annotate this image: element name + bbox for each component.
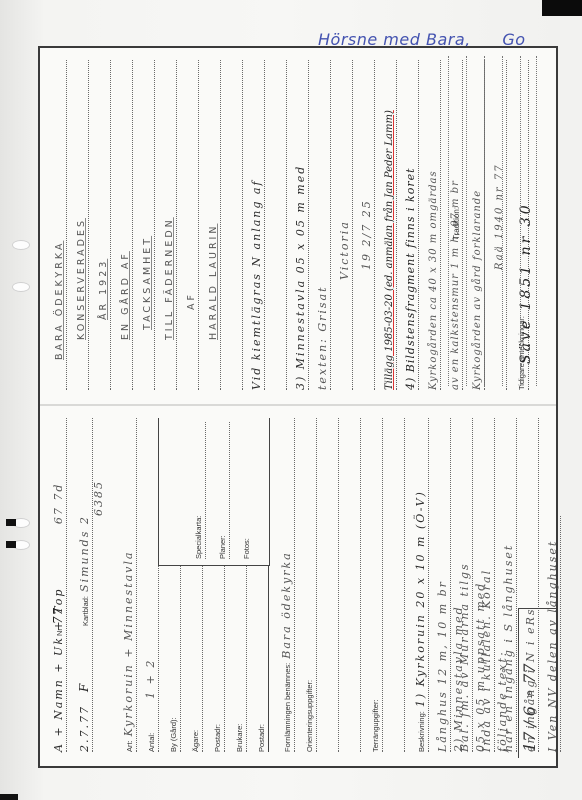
nr-label: Nr — [55, 628, 66, 636]
signature-box-line — [518, 608, 519, 758]
text-row: Raä 1940 nr 77 — [484, 60, 507, 390]
specialkarta-row: Specialkarta: — [183, 422, 206, 559]
tradition-label: Tradition: — [452, 207, 461, 240]
beskrivning-line: Långhus 12 m, 10 m br — [436, 580, 450, 752]
beskrivning-row: Långhus 12 m, 10 m br — [428, 418, 451, 752]
antal-value: 1 + 2 — [144, 659, 158, 699]
specialkarta-box: Specialkarta: Planer: Fotos: — [158, 418, 270, 566]
beskrivning-label: Beskrivning: — [417, 711, 428, 752]
postadr2-label: Postadr: — [257, 724, 268, 752]
postadr2-row: Postadr: — [246, 566, 269, 752]
signature-box-line — [518, 608, 556, 609]
inscription-line: AF — [186, 292, 198, 310]
orientering-row: Orienteringsuppgifter: — [294, 418, 317, 752]
form-right-half: BARA ÖDEKYRKA KONSERVERADES ÅR 1923 EN G… — [40, 48, 556, 404]
text-row: 19 2/7 25 — [352, 60, 375, 390]
art-label: Art: — [125, 740, 136, 752]
planer-row: Planer: — [207, 422, 230, 559]
text-row: 4) Bildstensfragment finns i koret — [396, 60, 419, 390]
text-row — [264, 60, 287, 390]
beskrivning-line: 1) Kyrkoruin 20 x 10 m (Ö-V) — [414, 490, 428, 707]
inscription-line: TILL FÄDERNEDN — [164, 217, 176, 340]
text-row: Vid kiemtlägras N anlang af — [242, 60, 265, 390]
description-line: 19 2/7 25 — [360, 199, 374, 270]
text-row: Tillägg 1985-03-20 (ed. anmälan från Jan… — [374, 60, 397, 390]
punch-hole — [12, 240, 30, 250]
beskrivning-line: 2) Minnestavla med — [452, 605, 466, 752]
fornlamningen-row: Fornlämningen benämnes: Bara ödekyrka — [272, 418, 295, 752]
kartblad-value: Simunds 2 — [78, 515, 92, 592]
text-row: TACKSAMHET — [132, 60, 155, 390]
inscription-line: BARA ÖDEKYRKA — [54, 241, 66, 360]
fotos-row: Fotos: — [231, 422, 253, 559]
top-right-value: 67 7d — [52, 483, 66, 525]
text-row: HARALD LAURIN — [198, 60, 221, 390]
agare-row: Ägare: — [180, 566, 203, 752]
brukare-row: Brukare: — [224, 566, 247, 752]
date-century: 19 — [527, 691, 534, 699]
text-row: Kyrkogården ca 40 x 30 m omgärdas — [418, 60, 441, 390]
second-row: 2.7.77 F Kartblad: Simunds 2 — [70, 418, 93, 752]
fotos-label: Fotos: — [242, 538, 253, 559]
postadr-row: Postadr: — [202, 566, 225, 752]
orientering-label: Orienteringsuppgifter: — [305, 680, 316, 752]
beskrivning-row: Beskrivning: 1) Kyrkoruin 20 x 10 m (Ö-V… — [406, 418, 429, 752]
fornlamningen-label: Fornlämningen benämnes: — [283, 663, 294, 752]
art-row: Art: Kyrkoruin + Minnestavla — [114, 418, 137, 752]
signature-date: 17 / 6 19 77 — [520, 664, 539, 752]
inscription-line: TACKSAMHET — [142, 236, 154, 330]
inscription-line: EN GÅRD AF — [120, 251, 132, 340]
fornlamningen-value: Bara ödekyrka — [280, 551, 294, 659]
text-row: TILL FÄDERNEDN — [154, 60, 177, 390]
postadr-label: Postadr: — [213, 724, 224, 752]
description-line: Victoria — [338, 220, 352, 280]
agare-label: Ägare: — [191, 730, 202, 752]
date-year: 77 — [520, 664, 539, 684]
beskrivning-row: I Ven NV delen av långhuset — [538, 516, 561, 752]
tradition-line — [484, 56, 485, 386]
scan-edge — [560, 16, 582, 800]
tradition-line — [536, 56, 537, 386]
text-row: KONSERVERADES — [66, 60, 89, 390]
scan-edge — [0, 794, 18, 800]
blank-row — [382, 418, 405, 752]
text-row: AF — [176, 60, 199, 390]
tradition-line — [448, 56, 449, 386]
text-row — [220, 60, 243, 390]
date-day: 17 — [520, 732, 539, 752]
addendum-line: Tillägg 1985-03-20 (ed. anmälan från Jan… — [384, 110, 396, 390]
description-line: Vid kiemtlägras N anlang af — [250, 179, 264, 390]
description-line: Kyrkogården ca 40 x 30 m omgärdas — [428, 170, 440, 390]
beskrivning-line: följande text: — [496, 650, 510, 752]
text-row: texten: Grisat — [308, 60, 331, 390]
text-row: 3) Minnestavla 05 x 05 m med — [286, 60, 309, 390]
punch-hole — [12, 282, 30, 292]
description-line: Raä 1940 nr 77 — [494, 163, 506, 270]
planer-label: Planer: — [218, 535, 229, 559]
punch-hole — [12, 540, 30, 550]
tradition-line — [520, 56, 521, 386]
scan-edge — [542, 0, 582, 16]
tradition-line — [466, 56, 467, 386]
blank-row — [338, 418, 361, 752]
classification-value: A + Namn + Uk + Top — [52, 642, 66, 752]
top-row: A + Namn + Uk + Top Nr 77 67 7d — [44, 418, 67, 752]
addendum-line: 4) Bildstensfragment finns i koret — [404, 167, 418, 390]
inscription-line: HARALD LAURIN — [208, 224, 220, 340]
terrang-row: Terrängupgifter: — [360, 418, 383, 752]
by-row: By (Gård): — [158, 566, 181, 752]
terrang-label: Terrängupgifter: — [371, 699, 382, 752]
kartblad-value-2: 6385 — [92, 480, 106, 516]
beskrivning-line: I Ven NV delen av långhuset — [546, 540, 560, 752]
page-fold — [40, 404, 556, 406]
blank-row — [316, 418, 339, 752]
specialkarta-label: Specialkarta: — [194, 516, 205, 559]
description-line: texten: Grisat — [316, 285, 330, 390]
inscription-line: ÅR 1923 — [98, 259, 110, 320]
date-value: 2.7.77 — [78, 692, 92, 752]
antal-row: Antal: 1 + 2 — [136, 566, 159, 752]
text-row: BARA ÖDEKYRKA — [44, 60, 67, 390]
punch-hole — [12, 518, 30, 528]
by-label: By (Gård): — [169, 717, 180, 752]
nr-value: 77 — [51, 564, 66, 624]
art-value: Kyrkoruin + Minnestavla — [122, 551, 136, 737]
mark-value: F — [77, 662, 92, 692]
brukare-label: Brukare: — [235, 724, 246, 752]
description-line: Kyrkogården av gård forklarande — [472, 190, 484, 390]
text-row: EN GÅRD AF — [110, 60, 133, 390]
text-row: Victoria — [330, 60, 353, 390]
description-line: 3) Minnestavla 05 x 05 m med — [294, 165, 308, 390]
kartblad-label: Kartblad: — [81, 596, 92, 626]
inscription-line: KONSERVERADES — [76, 218, 88, 340]
text-row: ÅR 1923 — [88, 60, 111, 390]
beskrivning-line: 05 x 05 m uppsatt med — [474, 582, 488, 752]
antal-label: Antal: — [147, 733, 158, 752]
tradition-line — [502, 56, 503, 386]
date-month: 6 — [520, 706, 539, 716]
